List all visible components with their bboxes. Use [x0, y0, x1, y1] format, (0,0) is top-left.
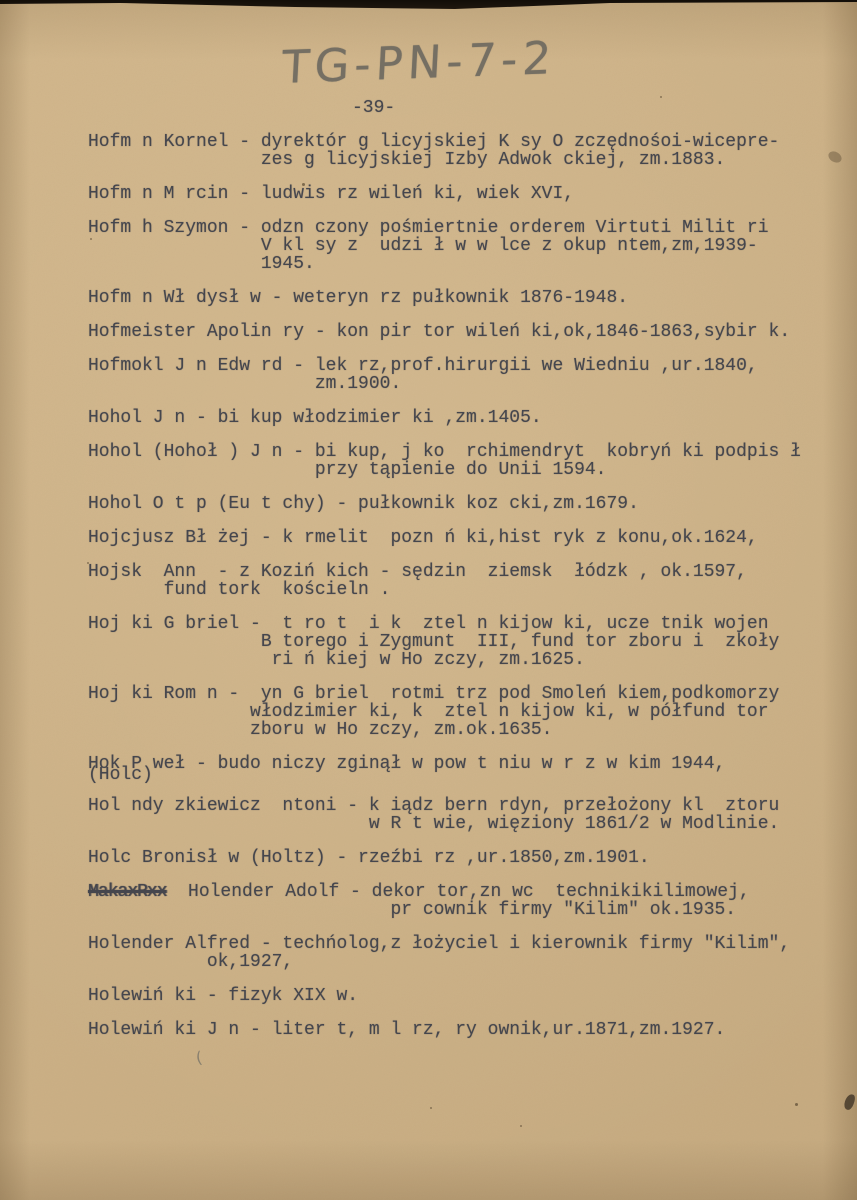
dictionary-entry: Hojsk Ann - z Koziń kich - sędzin ziemsk…	[88, 563, 828, 599]
entry-line: Hofmeister Apolin ry - kon pir tor wileń…	[88, 323, 828, 341]
entry-line: B torego i Zygmunt III, fund tor zboru i…	[88, 633, 828, 651]
entry-line: Hohol O t p (Eu t chy) - pułkownik koz c…	[88, 495, 828, 513]
entry-line: Hoj ki Rom n - yn G briel rotmi trz pod …	[88, 685, 828, 703]
entry-line: Hohol (Hohoł ) J n - bi kup, j ko rchime…	[88, 443, 828, 461]
entry-line: zboru w Ho zczy, zm.ok.1635.	[88, 721, 828, 739]
dictionary-entry: Hofm n Wł dysł w - weteryn rz pułkownik …	[88, 289, 828, 307]
entry-line: Hofm h Szymon - odzn czony pośmiertnie o…	[88, 219, 828, 237]
entry-line: fund tork kościeln .	[88, 581, 828, 599]
entry-line: ri ń kiej w Ho zczy, zm.1625.	[88, 651, 828, 669]
entry-line: Hofm n M rcin - ludwis rz wileń ki, wiek…	[88, 185, 828, 203]
dictionary-entry: Hofmokl J n Edw rd - lek rz,prof.hirurgi…	[88, 357, 828, 393]
paper-sheet: TG-PN-7-2 -39- Hofm n Kornel - dyrektór …	[0, 0, 857, 1200]
entry-line: Hojsk Ann - z Koziń kich - sędzin ziemsk…	[88, 563, 828, 581]
dictionary-entry: Hol ndy zkiewicz ntoni - k iądz bern rdy…	[88, 797, 828, 833]
entry-line: Hofmokl J n Edw rd - lek rz,prof.hirurgi…	[88, 357, 828, 375]
entry-line: 1945.	[88, 255, 828, 273]
dictionary-entry: Hohol (Hohoł ) J n - bi kup, j ko rchime…	[88, 443, 828, 479]
page-number: -39-	[352, 99, 395, 117]
entry-line: Hol ndy zkiewicz ntoni - k iądz bern rdy…	[88, 797, 828, 815]
dictionary-entry: Hofm h Szymon - odzn czony pośmiertnie o…	[88, 219, 828, 273]
paper-smudge	[826, 149, 843, 165]
paper-speck	[660, 96, 662, 98]
dictionary-entry: MakaxRxx Holender Adolf - dekor tor,zn w…	[88, 883, 828, 919]
entry-line: Holewiń ki - fizyk XIX w.	[88, 987, 828, 1005]
edge-ink-blob	[843, 1093, 857, 1111]
dictionary-entry: Holc Bronisł w (Holtz) - rzeźbi rz ,ur.1…	[88, 849, 828, 867]
paper-speck	[520, 1125, 522, 1127]
paper-speck	[302, 183, 305, 186]
dictionary-entry: Hofm n Kornel - dyrektór g licyjskiej K …	[88, 133, 828, 169]
entry-line: Hoj ki G briel - t ro t i k ztel n kijow…	[88, 615, 828, 633]
entry-line: w R t wie, więziony 1861/2 w Modlinie.	[88, 815, 828, 833]
dictionary-entry: Holewiń ki J n - liter t, m l rz, ry own…	[88, 1021, 828, 1039]
entry-line: Hofm n Kornel - dyrektór g licyjskiej K …	[88, 133, 828, 151]
entry-line: Hok P weł - budo niczy zginął w pow t ni…	[88, 755, 828, 773]
entry-line: Holc Bronisł w (Holtz) - rzeźbi rz ,ur.1…	[88, 849, 828, 867]
dictionary-entry: Hofm n M rcin - ludwis rz wileń ki, wiek…	[88, 185, 828, 203]
crossed-out-text: MakaxRxx	[88, 882, 166, 902]
dictionary-entry: Hoj ki G briel - t ro t i k ztel n kijow…	[88, 615, 828, 669]
overtyped-text: (Holc)	[88, 766, 153, 784]
paper-speck	[430, 1107, 432, 1109]
entry-line: Holender Alfred - techńolog,z łożyciel i…	[88, 935, 828, 953]
handwritten-code: TG-PN-7-2	[281, 33, 558, 93]
dictionary-entry: Holender Alfred - techńolog,z łożyciel i…	[88, 935, 828, 971]
dictionary-entry: Hohol J n - bi kup włodzimier ki ,zm.140…	[88, 409, 828, 427]
dictionary-entry: Hohol O t p (Eu t chy) - pułkownik koz c…	[88, 495, 828, 513]
entry-line: pr cownik firmy "Kilim" ok.1935.	[88, 901, 828, 919]
entry-line: Hohol J n - bi kup włodzimier ki ,zm.140…	[88, 409, 828, 427]
entry-line: Holewiń ki J n - liter t, m l rz, ry own…	[88, 1021, 828, 1039]
entry-line: Hojcjusz Bł żej - k rmelit pozn ń ki,his…	[88, 529, 828, 547]
paper-speck	[90, 238, 92, 240]
entries-list: Hofm n Kornel - dyrektór g licyjskiej K …	[88, 133, 828, 1055]
dictionary-entry: Hofmeister Apolin ry - kon pir tor wileń…	[88, 323, 828, 341]
entry-line: zes g licyjskiej Izby Adwok ckiej, zm.18…	[88, 151, 828, 169]
entry-line: włodzimier ki, k ztel n kijow ki, w półf…	[88, 703, 828, 721]
dictionary-entry: Hok P weł - budo niczy zginął w pow t ni…	[88, 755, 828, 773]
dictionary-entry: Hojcjusz Bł żej - k rmelit pozn ń ki,his…	[88, 529, 828, 547]
entry-line: V kl sy z udzi ł w w lce z okup ntem,zm,…	[88, 237, 828, 255]
paper-speck	[795, 1103, 798, 1106]
dictionary-entry: Hoj ki Rom n - yn G briel rotmi trz pod …	[88, 685, 828, 739]
entry-line: Hofm n Wł dysł w - weteryn rz pułkownik …	[88, 289, 828, 307]
dictionary-entry: Holewiń ki - fizyk XIX w.	[88, 987, 828, 1005]
paper-speck	[87, 562, 89, 564]
entry-line: ok,1927,	[88, 953, 828, 971]
entry-line: MakaxRxx Holender Adolf - dekor tor,zn w…	[88, 883, 828, 901]
entry-line: zm.1900.	[88, 375, 828, 393]
entry-line: przy tąpienie do Unii 1594.	[88, 461, 828, 479]
